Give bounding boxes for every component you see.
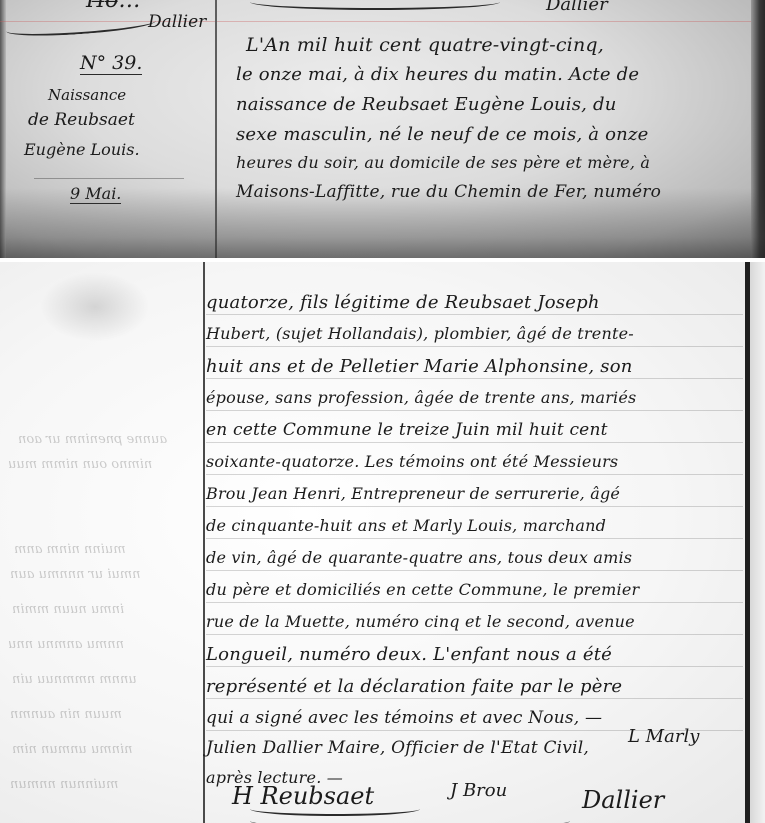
signature-flourish bbox=[250, 812, 570, 823]
bleed-through-text: nmui ur nnnmu aun bbox=[10, 567, 141, 582]
act-number-text: N° 39. bbox=[80, 52, 142, 75]
ruled-line bbox=[206, 314, 743, 315]
signature-witness-marly: L Marly bbox=[628, 726, 699, 747]
signature-flourish bbox=[6, 13, 157, 39]
ruled-line bbox=[206, 410, 743, 411]
ruled-line bbox=[206, 634, 743, 635]
bleed-through-text: unnm nmmnuu uin bbox=[12, 672, 137, 687]
margin-title: Naissance bbox=[48, 86, 126, 104]
bleed-through-text: muun nin aunmn bbox=[10, 707, 122, 722]
body-line: en cette Commune le treize Juin mil huit… bbox=[206, 420, 608, 440]
margin-birth-date: 9 Mai. bbox=[70, 184, 121, 203]
bleed-through-text: inmu nuun mmin bbox=[12, 602, 124, 617]
body-line: sexe masculin, né le neuf de ce mois, à … bbox=[236, 124, 649, 145]
binding-shadow bbox=[750, 262, 765, 823]
body-line: soixante-quatorze. Les témoins ont été M… bbox=[206, 452, 618, 471]
body-line: Hubert, (sujet Hollandais), plombier, âg… bbox=[206, 324, 634, 343]
register-scan-top: H̶o̶… Dallier Dallier N° 39. Naissance d… bbox=[0, 0, 765, 258]
body-line: naissance de Reubsaet Eugène Louis, du bbox=[236, 94, 617, 115]
previous-act-signature-right: Dallier bbox=[546, 0, 608, 15]
margin-rule bbox=[203, 262, 205, 823]
binding-edge bbox=[745, 262, 750, 823]
bleed-through-text: muinn ninm anm bbox=[14, 542, 126, 557]
signature-flourish bbox=[250, 0, 500, 10]
bleed-through-text: aunne pneninm ur aon bbox=[18, 432, 167, 447]
body-line: qui a signé avec les témoins et avec Nou… bbox=[206, 708, 602, 728]
previous-act-fragment: H̶o̶… bbox=[86, 0, 140, 13]
bleed-through-text: ninmu unmun nim bbox=[12, 742, 133, 757]
body-line: Maisons-Laffitte, rue du Chemin de Fer, … bbox=[236, 182, 661, 202]
body-line: Brou Jean Henri, Entrepreneur de serrure… bbox=[206, 484, 620, 503]
margin-rule bbox=[215, 0, 217, 258]
body-line: de vin, âgé de quarante-quatre ans, tous… bbox=[206, 548, 632, 567]
ruled-line bbox=[206, 666, 743, 667]
ruled-line bbox=[206, 570, 743, 571]
ruled-line bbox=[206, 442, 743, 443]
body-line: du père et domiciliés en cette Commune, … bbox=[206, 580, 639, 599]
page-left-edge bbox=[0, 0, 6, 258]
ruled-line bbox=[206, 474, 743, 475]
body-line: L'An mil huit cent quatre-vingt-cinq, bbox=[246, 34, 604, 56]
margin-divider bbox=[34, 178, 184, 179]
margin-subject-surname: de Reubsaet bbox=[28, 110, 135, 130]
margin-subject-given-names: Eugène Louis. bbox=[24, 140, 140, 159]
bleed-through-text: nnmu anmnu nnu bbox=[8, 637, 124, 652]
margin-birth-date-text: 9 Mai. bbox=[70, 184, 121, 204]
previous-act-signature-left: Dallier bbox=[148, 12, 206, 32]
ruled-line bbox=[206, 698, 743, 699]
body-line: huit ans et de Pelletier Marie Alphonsin… bbox=[206, 356, 633, 377]
body-line: Longueil, numéro deux. L'enfant nous a é… bbox=[206, 644, 612, 665]
ruled-line bbox=[206, 538, 743, 539]
ink-bleed bbox=[40, 272, 150, 342]
body-line: de cinquante-huit ans et Marly Louis, ma… bbox=[206, 516, 606, 535]
body-line: quatorze, fils légitime de Reubsaet Jose… bbox=[206, 292, 600, 313]
register-scan-bottom: aunne pneninm ur aon nimno oun nimm muu … bbox=[0, 262, 765, 823]
body-line: Julien Dallier Maire, Officier de l'Etat… bbox=[206, 738, 589, 758]
ruled-line bbox=[206, 506, 743, 507]
binding-edge bbox=[751, 0, 765, 258]
signature-mayor: Dallier bbox=[582, 786, 664, 814]
body-line: épouse, sans profession, âgée de trente … bbox=[206, 388, 636, 407]
body-line: représenté et la déclaration faite par l… bbox=[206, 676, 622, 697]
ruled-line bbox=[206, 346, 743, 347]
act-number: N° 39. bbox=[80, 52, 142, 74]
body-line: rue de la Muette, numéro cinq et le seco… bbox=[206, 612, 635, 631]
bleed-through-text: muinnun nnmun bbox=[10, 777, 118, 792]
signature-witness-brou: J Brou bbox=[450, 780, 507, 801]
body-line: heures du soir, au domicile de ses père … bbox=[236, 153, 650, 172]
ruled-line bbox=[206, 602, 743, 603]
ruled-line bbox=[206, 378, 743, 379]
bleed-through-text: nimno oun nimm muu bbox=[8, 457, 152, 472]
body-line: le onze mai, à dix heures du matin. Acte… bbox=[236, 64, 639, 85]
